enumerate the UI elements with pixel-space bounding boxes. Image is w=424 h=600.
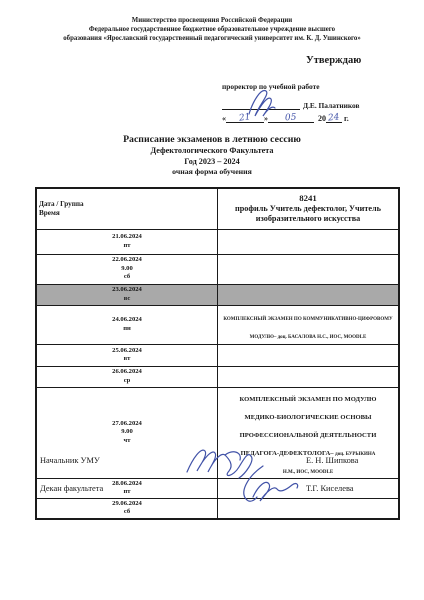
exam-title: КОМПЛЕКСНЫЙ ЭКЗАМЕН ПО МОДУЛЮ МЕДИКО-БИО… [240,396,377,457]
ministry-line-2: Федеральное государственное бюджетное об… [0,25,424,34]
title-line-2: Дефектологического Факультета [0,146,424,157]
table-row: 26.06.2024 ср [36,366,399,387]
exam-cell [218,498,400,519]
dean-label: Декан факультета [40,484,103,493]
date-cell: 29.06.2024 сб [36,498,218,519]
table-row: 29.06.2024 сб [36,498,399,519]
handwritten-month: 05 [285,113,297,124]
handwritten-day: 21 [239,112,252,123]
approve-word: Утверждаю [306,55,361,66]
table-row: 22.06.2024 9.00 сб [36,254,399,284]
weekday-value: пн [39,325,215,334]
signature-underline [222,100,300,110]
umu-head-label: Начальник УМУ [40,456,100,465]
date-value: 23.06.2024 [39,286,215,295]
header-date-group-cell: Дата / Группа Время [36,188,218,229]
weekday-value: пт [39,242,215,251]
header-date-group-label: Дата / Группа [39,200,215,209]
month-underline: 05 [268,113,314,123]
date-cell: 25.06.2024 вт [36,344,218,366]
weekday-value: ср [39,377,215,386]
year-underline: 24 [326,113,342,123]
approver-name: Д.Е. Палатников [303,101,360,110]
group-profile: профиль Учитель дефектолог, Учитель изоб… [220,204,396,225]
table-row: 21.06.2024 пт [36,229,399,254]
date-value: 21.06.2024 [39,233,215,242]
exam-cell: КОМПЛЕКСНЫЙ ЭКЗАМЕН ПО КОММУНИКАТИВНО-ЦИ… [218,305,400,344]
exam-cell [218,344,400,366]
approval-date-line: « 21 » 05 20 24 г. [222,113,382,123]
title-line-4: очная форма обучения [0,167,424,178]
umu-head-name: Е. Н. Шипкова [306,456,358,465]
exam-cell [218,229,400,254]
date-cell: 26.06.2024 ср [36,366,218,387]
date-value: 24.06.2024 [39,316,215,325]
weekday-value: вс [39,295,215,304]
exam-note: КОМПЛЕКСНЫЙ ЭКЗАМЕН ПО КОММУНИКАТИВНО-ЦИ… [223,317,392,340]
date-cell: 22.06.2024 9.00 сб [36,254,218,284]
date-value: 25.06.2024 [39,347,215,356]
approver-role: проректор по учебной работе [222,82,382,91]
table-row: 23.06.2024 вс [36,284,399,305]
table-row: 25.06.2024 вт [36,344,399,366]
year-century: 20 [318,114,326,123]
day-underline: 21 [226,113,264,123]
dean-name: Т.Г. Киселева [306,484,354,493]
date-value: 26.06.2024 [39,368,215,377]
header-time-label: Время [39,209,215,218]
ministry-line-3: образования «Ярославский государственный… [0,34,424,43]
exam-schedule-table: Дата / Группа Время 8241 профиль Учитель… [35,187,400,520]
year-suffix: г. [344,114,349,123]
time-value: 9.00 [39,428,215,437]
date-cell: 23.06.2024 вс [36,284,218,305]
header-group-cell: 8241 профиль Учитель дефектолог, Учитель… [218,188,400,229]
date-cell: 24.06.2024 пн [36,305,218,344]
weekday-value: сб [39,508,215,517]
weekday-value: вт [39,355,215,364]
date-value: 29.06.2024 [39,500,215,509]
time-value: 9.00 [39,265,215,274]
title-line-3: Год 2023 – 2024 [0,157,424,168]
table-row: 24.06.2024 пн КОМПЛЕКСНЫЙ ЭКЗАМЕН ПО КОМ… [36,305,399,344]
ministry-header: Министерство просвещения Российской Феде… [0,16,424,43]
table-header-row: Дата / Группа Время 8241 профиль Учитель… [36,188,399,229]
date-value: 27.06.2024 [39,420,215,429]
exam-cell [218,366,400,387]
approval-block: проректор по учебной работе Д.Е. Палатни… [222,82,382,123]
title-line-1: Расписание экзаменов в летнюю сессию [0,133,424,146]
group-code: 8241 [220,193,396,204]
exam-cell [218,284,400,305]
document-page: Министерство просвещения Российской Феде… [0,0,424,600]
handwritten-year: 24 [328,112,340,123]
exam-cell [218,254,400,284]
date-cell: 21.06.2024 пт [36,229,218,254]
weekday-value: чт [39,437,215,446]
weekday-value: сб [39,273,215,282]
date-value: 22.06.2024 [39,256,215,265]
ministry-line-1: Министерство просвещения Российской Феде… [0,16,424,25]
document-title: Расписание экзаменов в летнюю сессию Деф… [0,133,424,178]
approver-signature-line: Д.Е. Палатников [222,100,382,110]
